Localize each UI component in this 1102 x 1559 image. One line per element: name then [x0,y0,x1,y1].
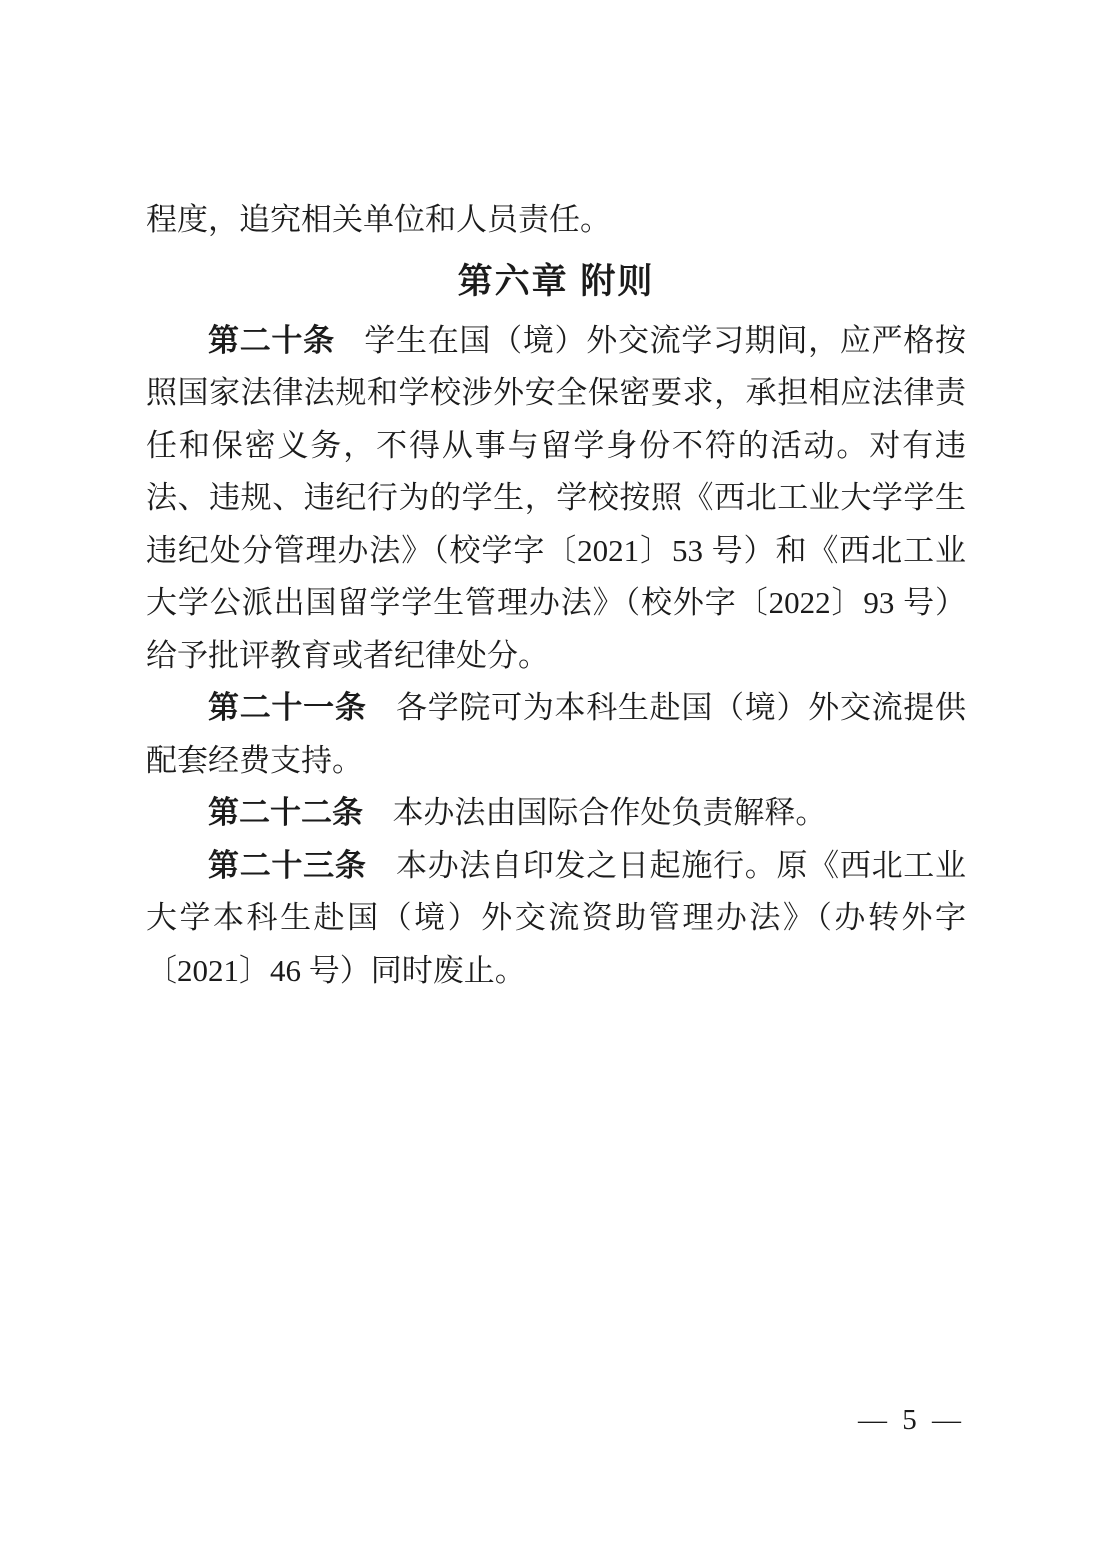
article-paragraph-22: 第二十二条本办法由国际合作处负责解释。 [146,787,966,840]
article-text: 学生在国（境）外交流学习期间，应严格按照国家法律法规和学校涉外安全保密要求，承担… [146,323,966,673]
paragraph-continuation: 程度，追究相关单位和人员责任。 [146,194,966,247]
article-text: 本办法由国际合作处负责解释。 [392,795,826,830]
page-footer: — 5 — [858,1402,965,1438]
article-paragraph-21: 第二十一条各学院可为本科生赴国（境）外交流提供配套经费支持。 [146,682,966,787]
article-number: 第二十条 [208,323,335,358]
page-number: — 5 — [858,1404,965,1436]
article-number: 第二十三条 [208,848,367,883]
chapter-heading: 第六章 附则 [146,254,966,310]
article-paragraph-23: 第二十三条本办法自印发之日起施行。原《西北工业大学本科生赴国（境）外交流资助管理… [146,840,966,998]
document-body: 程度，追究相关单位和人员责任。 第六章 附则 第二十条学生在国（境）外交流学习期… [146,194,966,997]
article-number: 第二十二条 [208,795,363,830]
article-number: 第二十一条 [208,690,367,725]
article-paragraph-20: 第二十条学生在国（境）外交流学习期间，应严格按照国家法律法规和学校涉外安全保密要… [146,315,966,683]
document-page: 程度，追究相关单位和人员责任。 第六章 附则 第二十条学生在国（境）外交流学习期… [0,0,1102,1559]
